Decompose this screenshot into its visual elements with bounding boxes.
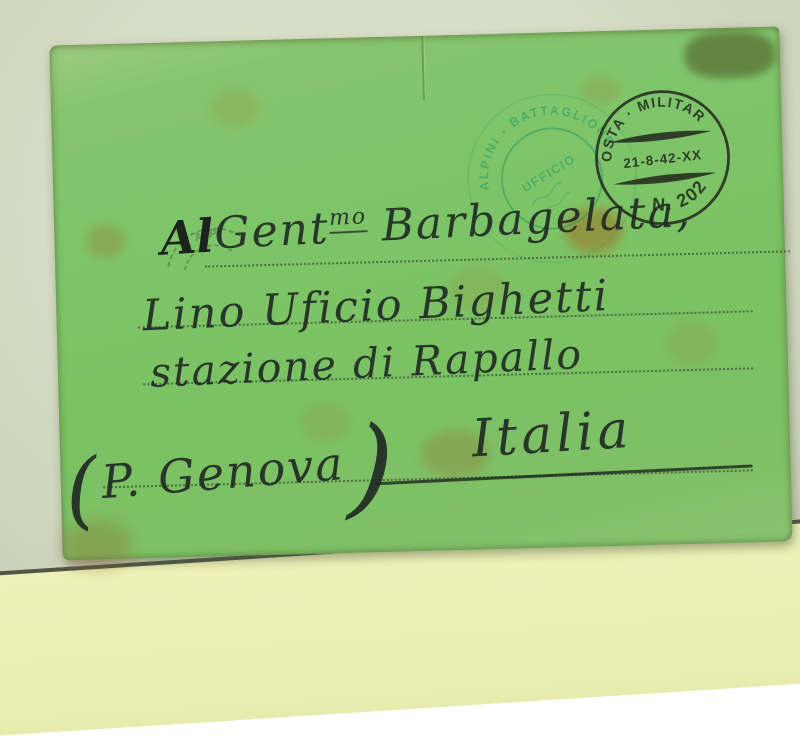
- country-handwriting: Italia: [470, 400, 634, 470]
- printed-salutation: Al: [159, 209, 215, 266]
- crease-mark: [421, 36, 425, 100]
- foxing-stain: [85, 224, 126, 259]
- postcard: ALPINI - BATTAGLIONE UFFICIO RAP: [49, 27, 792, 561]
- province-text: P. Genova: [99, 436, 346, 509]
- foxing-stain: [665, 320, 718, 365]
- foxing-stain: [211, 88, 260, 127]
- handwriting-gent: Gent: [213, 203, 330, 259]
- postmark-bar-top: [608, 127, 712, 146]
- handwriting-superscript: mo: [328, 204, 367, 234]
- postmark-date: 21-8-42-XX: [623, 147, 703, 171]
- province-close-paren: ): [347, 411, 397, 523]
- unit-stamp-center-text: UFFICIO: [519, 152, 578, 196]
- province-open-paren: (: [62, 447, 101, 533]
- province-handwriting: ( P. Genova ): [61, 410, 398, 545]
- photo-background: ALPINI - BATTAGLIONE UFFICIO RAP: [0, 0, 800, 600]
- handwriting-line-3: stazione di Rapallo: [149, 330, 584, 397]
